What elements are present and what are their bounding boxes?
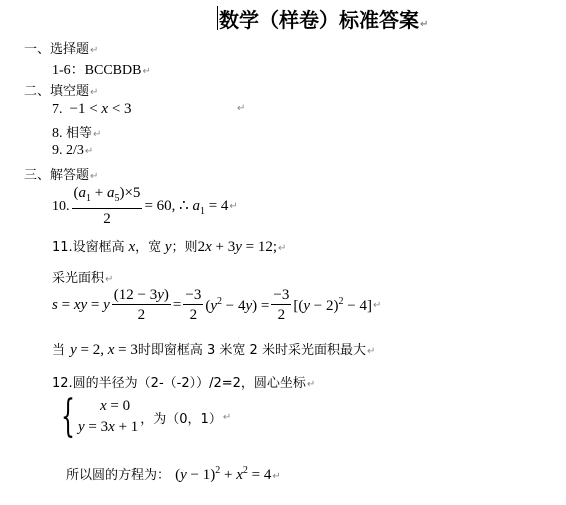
section-heading-choice: 一、选择题↵ (24, 38, 98, 57)
answer-11-line1: 11.设窗框高 x，宽 y；则2x + 3y = 12;↵ (52, 236, 286, 256)
section-heading-fill: 二、填空题↵ (24, 80, 98, 99)
section-heading-solution: 三、解答题↵ (24, 164, 98, 183)
answer-7: 7. −1 < x < 3 ↵ (52, 101, 132, 118)
answer-11-conclusion: 当 y = 2, x = 3时即窗框高 3 米宽 2 米时采光面积最大↵ (52, 339, 375, 359)
page-title: 数学（样卷）标准答案↵ (219, 4, 428, 33)
answer-1-6: 1-6：BCCBDB↵ (52, 59, 151, 79)
left-brace-icon: { (61, 397, 75, 437)
area-label: 采光面积↵ (52, 267, 113, 286)
area-formula: s = xy = y (12 − 3y)2 = −32 (y2 − 4y) = … (52, 286, 381, 325)
answer-10: 10. (a1 + a5)×52 = 60, ∴ a1 = 4↵ (52, 184, 238, 229)
answer-12-system: { x = 0 y = 3x + 1 ，为（0，1）↵ (54, 396, 231, 438)
text-cursor (217, 6, 218, 30)
answer-9: 9. 2/3↵ (52, 143, 93, 159)
answer-12-final: 所以圆的方程为： (y − 1)2 + x2 = 4↵ (66, 464, 281, 484)
answer-8: 8. 相等↵ (52, 122, 101, 142)
answer-12-line1: 12.圆的半径为（2-（-2））/2=2，圆心坐标↵ (52, 372, 315, 391)
